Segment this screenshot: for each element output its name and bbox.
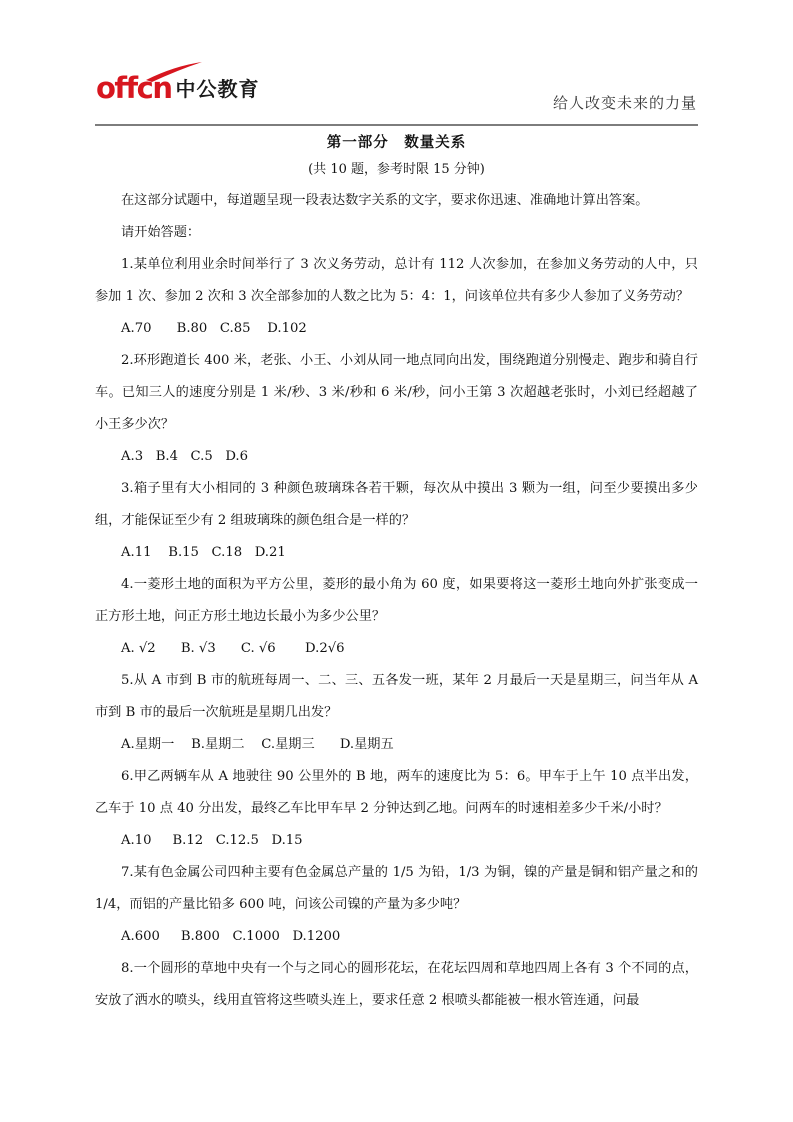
answer-option: A.3 — [121, 441, 143, 473]
answer-options: A.11 B.15 C.18 D.21 — [95, 537, 698, 569]
answer-option: D.21 — [255, 537, 286, 569]
question-item: 5.从 A 市到 B 市的航班每周一、二、三、五各发一班，某年 2 月最后一天是… — [95, 665, 698, 761]
question-text: 5.从 A 市到 B 市的航班每周一、二、三、五各发一班，某年 2 月最后一天是… — [95, 665, 698, 729]
question-item: 1.某单位利用业余时间举行了 3 次义务劳动，总计有 112 人次参加，在参加义… — [95, 249, 698, 345]
answer-option: C. √6 — [241, 633, 276, 665]
answer-option: D.15 — [271, 825, 302, 857]
logo-swoosh-icon — [144, 62, 204, 82]
answer-option: A.600 — [121, 921, 160, 953]
answer-option: B.星期二 — [191, 729, 244, 761]
section-intro: 在这部分试题中，每道题呈现一段表达数字关系的文字，要求你迅速、准确地计算出答案。 — [95, 185, 698, 217]
question-text: 3.箱子里有大小相同的 3 种颜色玻璃珠各若干颗，每次从中摸出 3 颗为一组，问… — [95, 473, 698, 537]
answer-option: D.星期五 — [340, 729, 394, 761]
question-item: 6.甲乙两辆车从 A 地驶往 90 公里外的 B 地，两车的速度比为 5：6。甲… — [95, 761, 698, 857]
question-item: 8.一个圆形的草地中央有一个与之同心的圆形花坛，在花坛四周和草地四周上各有 3 … — [95, 953, 698, 1017]
question-text: 6.甲乙两辆车从 A 地驶往 90 公里外的 B 地，两车的速度比为 5：6。甲… — [95, 761, 698, 825]
answer-option: D.1200 — [292, 921, 340, 953]
answer-option: A. √2 — [121, 633, 156, 665]
answer-option: C.1000 — [233, 921, 280, 953]
answer-option: B. √3 — [181, 633, 216, 665]
question-text: 7.某有色金属公司四种主要有色金属总产量的 1/5 为铅，1/3 为铜，镍的产量… — [95, 857, 698, 921]
header-slogan: 给人改变未来的力量 — [553, 92, 697, 113]
answer-option: B.800 — [181, 921, 220, 953]
answer-option: A.11 — [121, 537, 152, 569]
question-text: 1.某单位利用业余时间举行了 3 次义务劳动，总计有 112 人次参加，在参加义… — [95, 249, 698, 313]
answer-option: A.70 — [121, 313, 152, 345]
question-item: 2.环形跑道长 400 米，老张、小王、小刘从同一地点同向出发，围绕跑道分别慢走… — [95, 345, 698, 473]
answer-option: C.星期三 — [261, 729, 314, 761]
answer-option: A.星期一 — [121, 729, 174, 761]
answer-options: A.600 B.800 C.1000 D.1200 — [95, 921, 698, 953]
answer-option: D.2√6 — [305, 633, 344, 665]
question-text: 8.一个圆形的草地中央有一个与之同心的圆形花坛，在花坛四周和草地四周上各有 3 … — [95, 953, 698, 1017]
answer-option: D.102 — [267, 313, 306, 345]
start-instruction: 请开始答题： — [95, 217, 698, 249]
answer-options: A.3 B.4 C.5 D.6 — [95, 441, 698, 473]
question-item: 7.某有色金属公司四种主要有色金属总产量的 1/5 为铅，1/3 为铜，镍的产量… — [95, 857, 698, 953]
answer-option: C.12.5 — [216, 825, 259, 857]
answer-options: A.星期一 B.星期二 C.星期三 D.星期五 — [95, 729, 698, 761]
answer-option: D.6 — [225, 441, 248, 473]
answer-option: C.18 — [212, 537, 243, 569]
question-text: 2.环形跑道长 400 米，老张、小王、小刘从同一地点同向出发，围绕跑道分别慢走… — [95, 345, 698, 441]
answer-option: A.10 — [121, 825, 152, 857]
offcn-logo: offcn 中公教育 — [96, 68, 260, 102]
answer-option: B.80 — [177, 313, 208, 345]
section-title: 第一部分 数量关系 — [95, 131, 698, 155]
answer-option: B.12 — [172, 825, 203, 857]
answer-options: A. √2 B. √3 C. √6 D.2√6 — [95, 633, 698, 665]
answer-option: C.5 — [191, 441, 213, 473]
question-text: 4.一菱形土地的面积为平方公里，菱形的最小角为 60 度，如果要将这一菱形土地向… — [95, 569, 698, 633]
answer-options: A.70 B.80 C.85 D.102 — [95, 313, 698, 345]
answer-option: C.85 — [220, 313, 251, 345]
answer-options: A.10 B.12 C.12.5 D.15 — [95, 825, 698, 857]
question-list: 1.某单位利用业余时间举行了 3 次义务劳动，总计有 112 人次参加，在参加义… — [95, 249, 698, 1017]
question-item: 3.箱子里有大小相同的 3 种颜色玻璃珠各若干颗，每次从中摸出 3 颗为一组，问… — [95, 473, 698, 569]
header-divider — [95, 124, 698, 126]
document-body: 第一部分 数量关系 (共 10 题，参考时限 15 分钟) 在这部分试题中，每道… — [95, 128, 698, 1017]
answer-option: B.4 — [156, 441, 178, 473]
answer-option: B.15 — [168, 537, 199, 569]
question-item: 4.一菱形土地的面积为平方公里，菱形的最小角为 60 度，如果要将这一菱形土地向… — [95, 569, 698, 665]
logo-wordmark: offcn — [96, 74, 172, 102]
section-subtitle: (共 10 题，参考时限 15 分钟) — [95, 155, 698, 185]
